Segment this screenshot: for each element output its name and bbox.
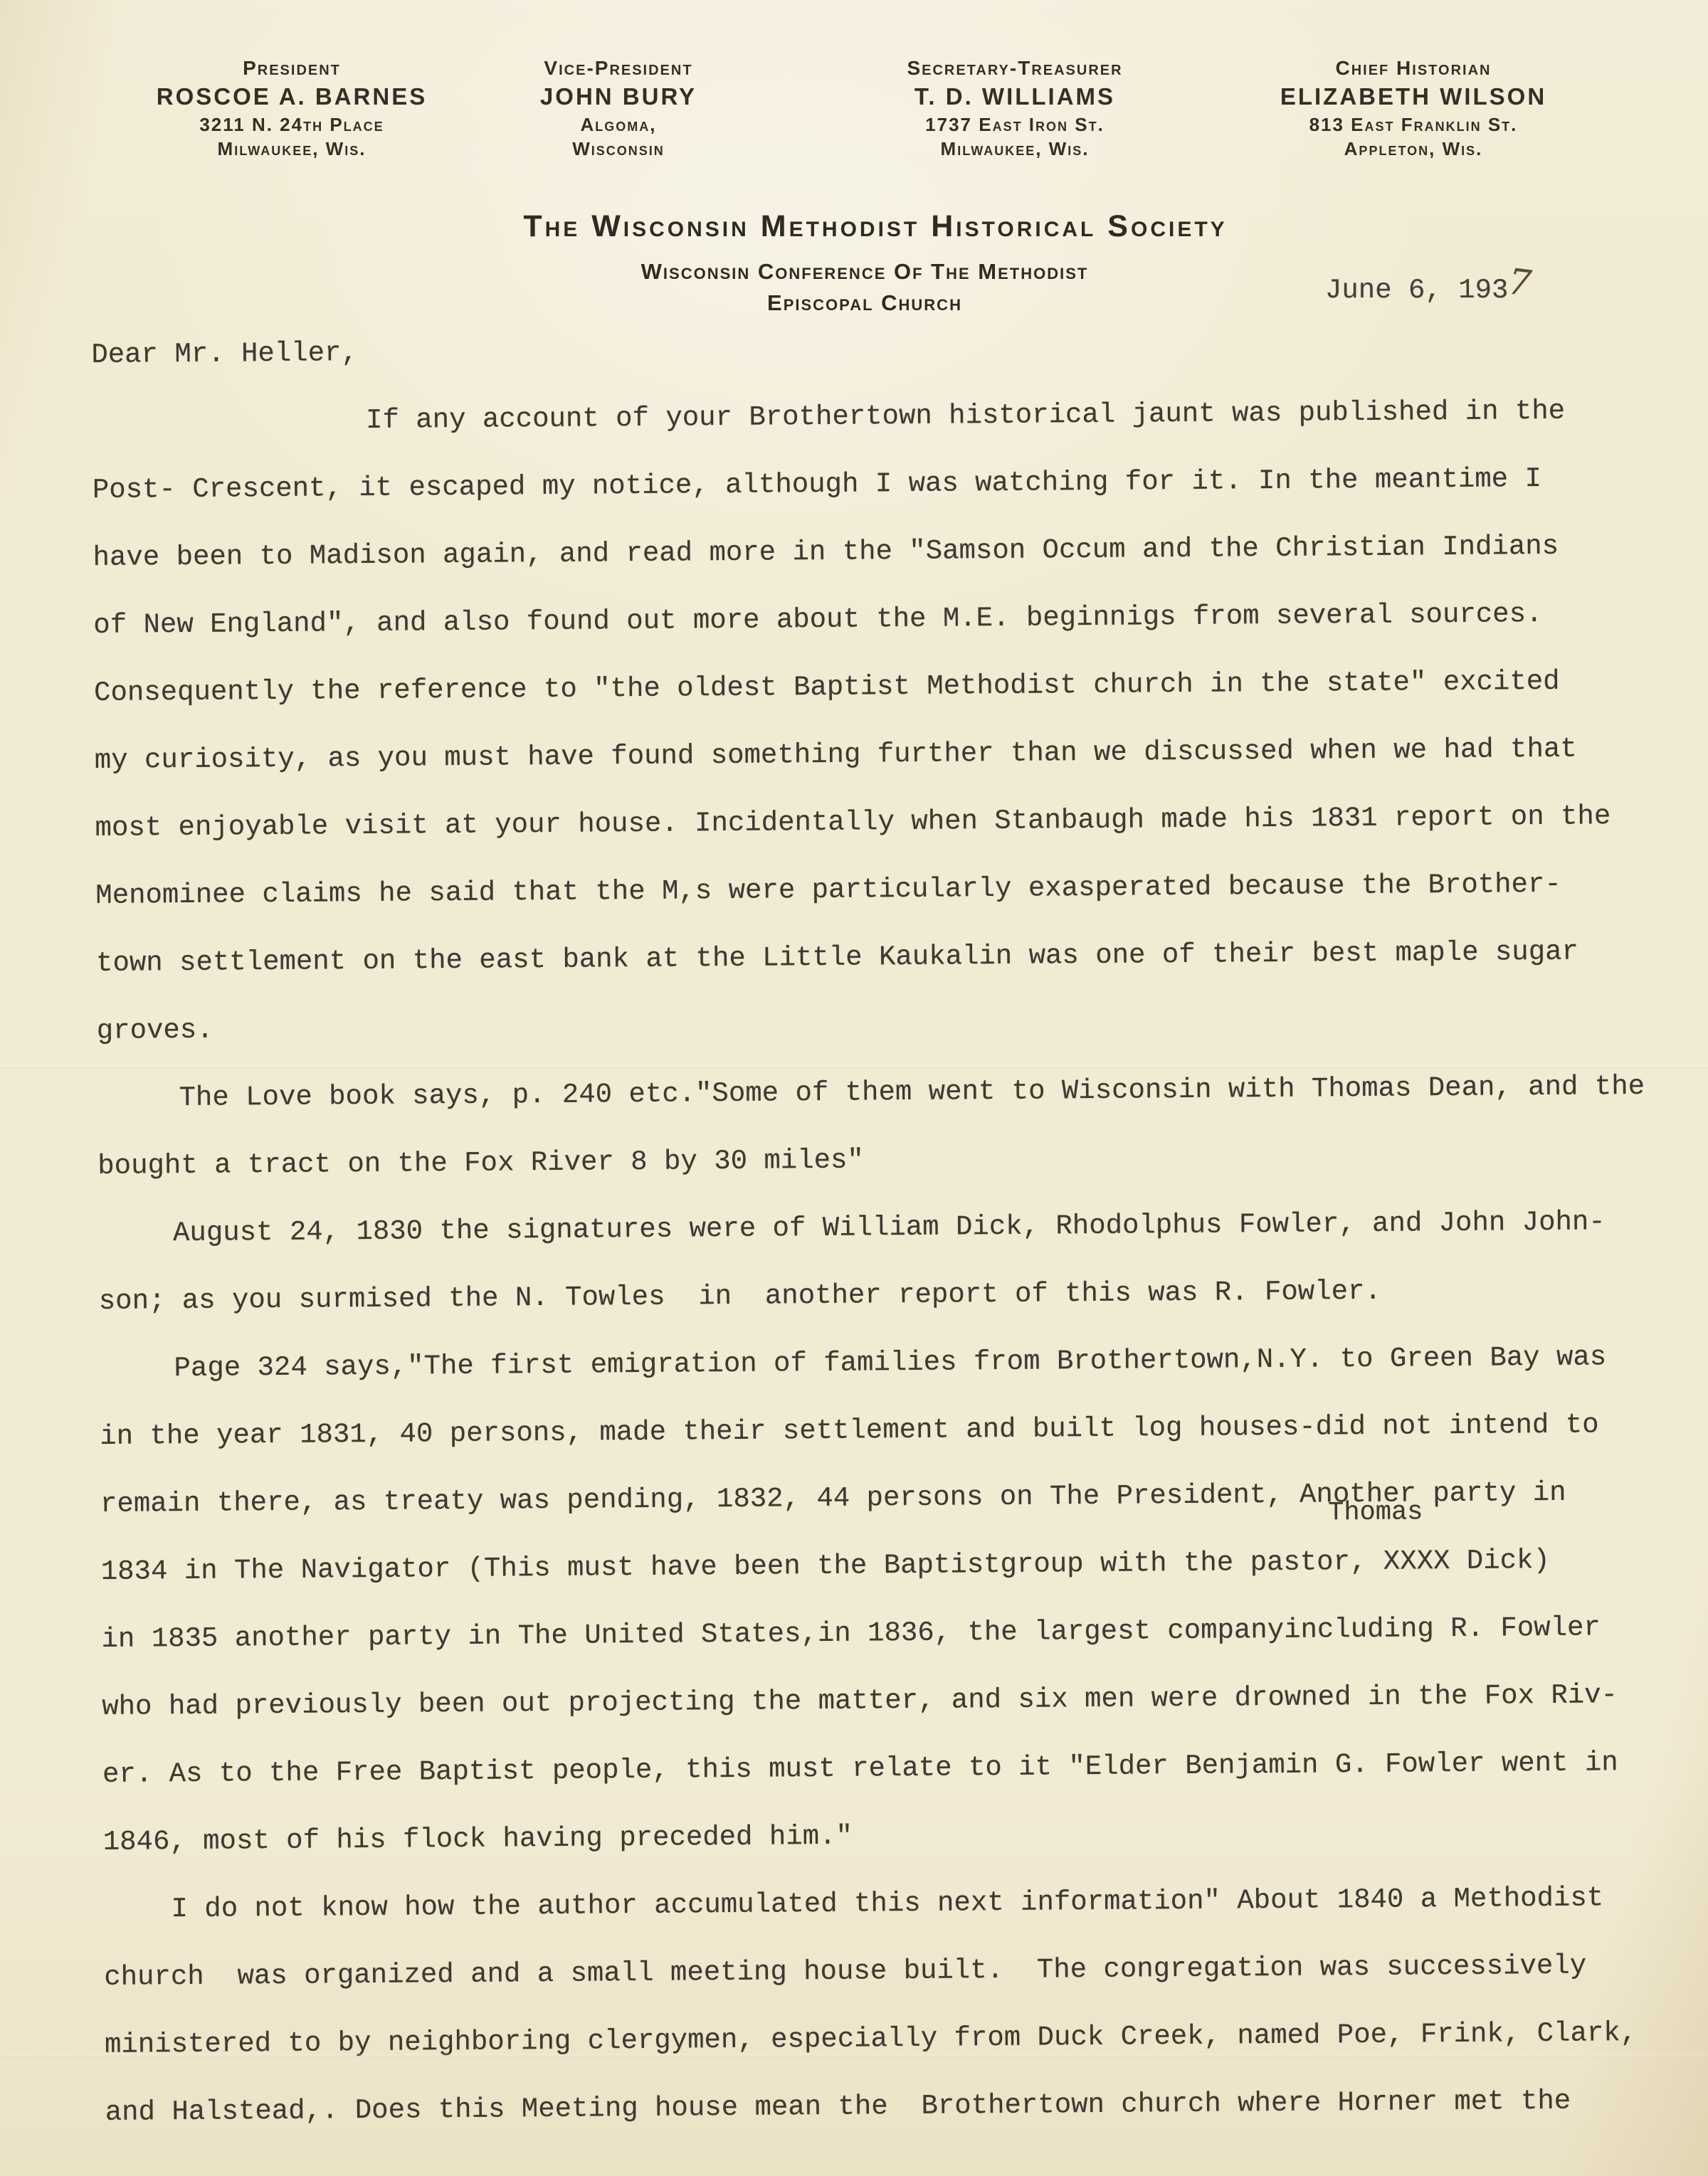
letter-line: August 24, 1830 the signatures were of W… xyxy=(98,1188,1708,1268)
letter-line: and Halstead,. Does this Meeting house m… xyxy=(105,2066,1708,2147)
letter-line: son; as you surmised the N. Towles in an… xyxy=(98,1255,1708,1336)
letter-line: in 1835 another party in The United Stat… xyxy=(101,1593,1708,1674)
officer-name: ELIZABETH WILSON xyxy=(1228,85,1598,108)
officer-name: T. D. WILLIAMS xyxy=(830,85,1200,108)
letter-line: ministered to by neighboring clergymen, … xyxy=(105,1999,1708,2079)
officer-block-secretary-treasurer: Secretary-Treasurer T. D. WILLIAMS 1737 … xyxy=(830,58,1200,164)
letter-line-text: Consequently the reference to "the oldes… xyxy=(94,666,1560,709)
letter-line-text: in the year 1831, 40 persons, made their… xyxy=(100,1409,1599,1452)
letter-line: Consequently the reference to "the oldes… xyxy=(94,647,1708,727)
letter-line: The Love book says, p. 240 etc."Some of … xyxy=(97,1052,1708,1133)
letter-line: Page 324 says,"The first emigration of f… xyxy=(99,1323,1708,1403)
letter-line: my curiosity, as you must have found som… xyxy=(94,714,1708,795)
organization-title: The Wisconsin Methodist Historical Socie… xyxy=(0,209,1708,244)
letter-line-text: Post- Crescent, it escaped my notice, al… xyxy=(93,463,1541,506)
letter-line: 1846, most of his flock having preceded … xyxy=(102,1796,1708,1876)
letter-date: June 6, 1937 xyxy=(1325,265,1531,306)
letter-line: Menominee claims he said that the M,s we… xyxy=(95,850,1708,930)
letter-line: most enjoyable visit at your house. Inci… xyxy=(95,782,1708,862)
letter-line-text: August 24, 1830 the signatures were of W… xyxy=(173,1206,1606,1249)
officer-title: Chief Historian xyxy=(1228,58,1598,78)
letter-line-text: Menominee claims he said that the M,s we… xyxy=(95,869,1561,912)
letter-line: groves. xyxy=(96,985,1708,1065)
letter-line: er. As to the Free Baptist people, this … xyxy=(102,1728,1708,1809)
letter-line-text: If any account of your Brothertown histo… xyxy=(366,396,1565,436)
letter-page: President ROSCOE A. BARNES 3211 N. 24th … xyxy=(0,0,1708,2176)
letter-line: Post- Crescent, it escaped my notice, al… xyxy=(92,444,1708,524)
letter-line: who had previously been out projecting t… xyxy=(102,1661,1708,1741)
officer-title: President xyxy=(107,58,477,78)
letter-body: Dear Mr. Heller,If any account of your B… xyxy=(91,309,1708,2147)
letter-line: of New England", and also found out more… xyxy=(93,579,1708,660)
officer-address-line2: Milwaukee, Wis. xyxy=(830,139,1200,158)
letter-line-text: Page 324 says,"The first emigration of f… xyxy=(174,1341,1606,1384)
letter-line: 1834 in The Navigator (This must have be… xyxy=(100,1526,1708,1606)
letter-line-text: groves. xyxy=(97,1015,213,1047)
letter-line-text: bought a tract on the Fox River 8 by 30 … xyxy=(97,1145,864,1182)
letter-line: remain there, as treaty was pending, 183… xyxy=(100,1458,1708,1538)
letter-line: have been to Madison again, and read mor… xyxy=(93,512,1708,592)
letter-line-text: most enjoyable visit at your house. Inci… xyxy=(95,801,1611,844)
letter-line-text: of New England", and also found out more… xyxy=(93,598,1542,641)
letter-line: Dear Mr. Heller, xyxy=(91,309,1707,389)
letter-line-text: in 1835 another party in The United Stat… xyxy=(101,1612,1601,1655)
letter-line-text: Dear Mr. Heller, xyxy=(91,337,358,371)
officer-name: JOHN BURY xyxy=(433,85,803,108)
letter-line-text: 1834 in The Navigator (This must have be… xyxy=(101,1545,1550,1588)
officer-address-line1: 1737 East Iron St. xyxy=(830,115,1200,134)
letter-line: town settlement on the east bank at the … xyxy=(96,917,1708,998)
letter-line-text: I do not know how the author accumulated… xyxy=(171,1882,1603,1925)
officer-block-vice-president: Vice-President JOHN BURY Algoma, Wiscons… xyxy=(433,58,803,164)
officer-name: ROSCOE A. BARNES xyxy=(107,85,477,108)
letter-line-text: 1846, most of his flock having preceded … xyxy=(103,1821,853,1858)
letter-line: church was organized and a small meeting… xyxy=(104,1931,1708,2012)
letter-line: in the year 1831, 40 persons, made their… xyxy=(100,1390,1708,1471)
letter-line-text: ministered to by neighboring clergymen, … xyxy=(105,2017,1637,2061)
officer-address-line1: 813 East Franklin St. xyxy=(1228,115,1598,134)
letter-date-typed: June 6, 193 xyxy=(1325,275,1508,306)
officer-address-line2: Appleton, Wis. xyxy=(1228,139,1598,158)
letter-line-text: The Love book says, p. 240 etc."Some of … xyxy=(179,1071,1645,1114)
officer-address-line1: 3211 N. 24th Place xyxy=(107,115,477,134)
letter-line: I do not know how the author accumulated… xyxy=(103,1864,1708,1944)
officer-address-line2: Wisconsin xyxy=(433,139,803,158)
letter-line: If any account of your Brothertown histo… xyxy=(92,376,1708,457)
officer-block-chief-historian: Chief Historian ELIZABETH WILSON 813 Eas… xyxy=(1228,58,1598,164)
officer-address-line1: Algoma, xyxy=(433,115,803,134)
letter-line-text: town settlement on the east bank at the … xyxy=(96,936,1578,979)
officer-block-president: President ROSCOE A. BARNES 3211 N. 24th … xyxy=(107,58,477,164)
officer-title: Vice-President xyxy=(433,58,803,78)
letter-line-text: church was organized and a small meeting… xyxy=(104,1950,1586,1993)
letter-line-text: er. As to the Free Baptist people, this … xyxy=(102,1747,1618,1790)
letter-line-text: and Halstead,. Does this Meeting house m… xyxy=(105,2086,1571,2128)
letter-line-text: my curiosity, as you must have found som… xyxy=(95,734,1577,776)
officer-title: Secretary-Treasurer xyxy=(830,58,1200,78)
interline-correction-note: Thomas xyxy=(1328,1496,1423,1528)
letter-line-text: who had previously been out projecting t… xyxy=(102,1679,1618,1723)
letter-line: bought a tract on the Fox River 8 by 30 … xyxy=(97,1120,1708,1200)
letter-line-text: have been to Madison again, and read mor… xyxy=(93,531,1559,574)
letter-date-handwritten-digit: 7 xyxy=(1507,260,1534,304)
letter-line-text: son; as you surmised the N. Towles in an… xyxy=(99,1276,1381,1317)
officer-address-line2: Milwaukee, Wis. xyxy=(107,139,477,158)
